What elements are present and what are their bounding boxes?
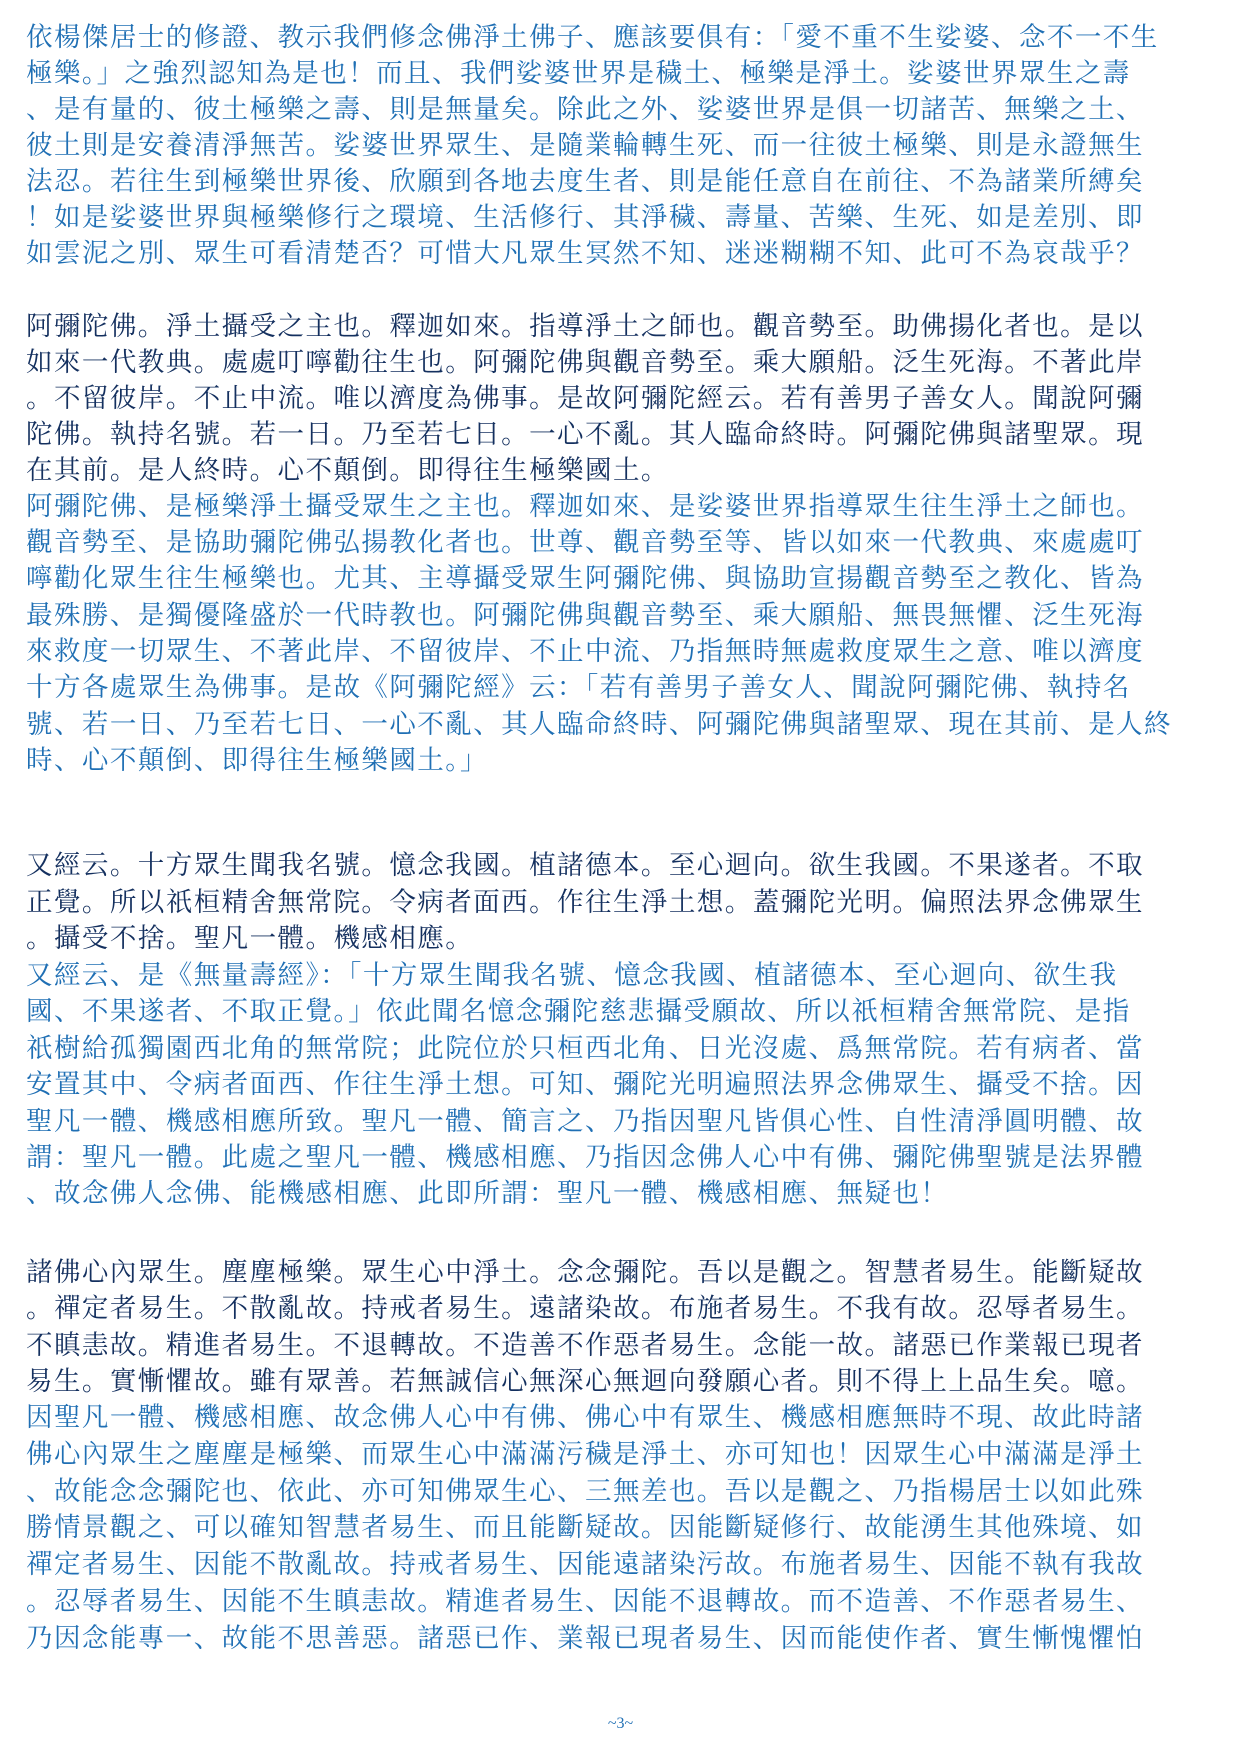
commentary-line: 又經云、是《無量壽經》：「十方眾生聞我名號、憶念我國、植諸德本、至心迴向、欲生我 — [26, 958, 1226, 994]
source-text-line: 正覺。所以祇桓精舍無常院。令病者面西。作往生淨土想。蓋彌陀光明。偏照法界念佛眾生 — [26, 885, 1226, 921]
commentary-line: 來救度一切眾生、不著此岸、不留彼岸、不止中流、乃指無時無處救度眾生之意、唯以濟度 — [26, 634, 1226, 670]
source-text-line: 在其前。是人終時。心不顛倒。即得往生極樂國土。 — [26, 453, 1226, 489]
commentary-line: 謂：聖凡一體。此處之聖凡一體、機感相應、乃指因念佛人心中有佛、彌陀佛聖號是法界體 — [26, 1140, 1226, 1176]
commentary-line: 彼土則是安養清淨無苦。娑婆世界眾生、是隨業輪轉生死、而一往彼土極樂、則是永證無生 — [26, 128, 1226, 164]
commentary-line: 依楊傑居士的修證、教示我們修念佛淨土佛子、應該要俱有：「愛不重不生娑婆、念不一不… — [26, 20, 1226, 56]
document-page: 依楊傑居士的修證、教示我們修念佛淨土佛子、應該要俱有：「愛不重不生娑婆、念不一不… — [0, 0, 1241, 1755]
commentary-line: 、故能念念彌陀也、依此、亦可知佛眾生心、三無差也。吾以是觀之、乃指楊居士以如此殊 — [26, 1474, 1226, 1510]
commentary-line: 聖凡一體、機感相應所致。聖凡一體、簡言之、乃指因聖凡皆俱心性、自性清淨圓明體、故 — [26, 1104, 1226, 1140]
source-text-line: 。不留彼岸。不止中流。唯以濟度為佛事。是故阿彌陀經云。若有善男子善女人。聞說阿彌 — [26, 381, 1226, 417]
commentary-line: 祇樹給孤獨園西北角的無常院；此院位於只桓西北角、日光沒處、爲無常院。若有病者、當 — [26, 1031, 1226, 1067]
commentary-line: 、故念佛人念佛、能機感相應、此即所謂：聖凡一體、機感相應、無疑也！ — [26, 1176, 1226, 1212]
source-text-line: 如來一代教典。處處叮嚀勸往生也。阿彌陀佛與觀音勢至。乘大願船。泛生死海。不著此岸 — [26, 345, 1226, 381]
source-text-line: 不瞋恚故。精進者易生。不退轉故。不造善不作惡者易生。念能一故。諸惡已作業報已現者 — [26, 1328, 1226, 1364]
commentary-line: 因聖凡一體、機感相應、故念佛人心中有佛、佛心中有眾生、機感相應無時不現、故此時諸 — [26, 1400, 1226, 1436]
commentary-line: 乃因念能專一、故能不思善惡。諸惡已作、業報已現者易生、因而能使作者、實生慚愧懼怕 — [26, 1621, 1226, 1657]
commentary-line: 安置其中、令病者面西、作往生淨土想。可知、彌陀光明遍照法界念佛眾生、攝受不捨。因 — [26, 1067, 1226, 1103]
commentary-line: 佛心內眾生之塵塵是極樂、而眾生心中滿滿污穢是淨土、亦可知也！因眾生心中滿滿是淨土 — [26, 1437, 1226, 1473]
commentary-line: 禪定者易生、因能不散亂故。持戒者易生、因能遠諸染污故。布施者易生、因能不執有我故 — [26, 1547, 1226, 1583]
commentary-line: 最殊勝、是獨優隆盛於一代時教也。阿彌陀佛與觀音勢至、乘大願船、無畏無懼、泛生死海 — [26, 598, 1226, 634]
commentary-line: 時、心不顛倒、即得往生極樂國土。」 — [26, 743, 1226, 779]
source-text-line: 諸佛心內眾生。塵塵極樂。眾生心中淨土。念念彌陀。吾以是觀之。智慧者易生。能斷疑故 — [26, 1255, 1226, 1291]
commentary-line: 國、不果遂者、不取正覺。」依此聞名憶念彌陀慈悲攝受願故、所以祇桓精舍無常院、是指 — [26, 994, 1226, 1030]
commentary-line: 觀音勢至、是協助彌陀佛弘揚教化者也。世尊、觀音勢至等、皆以如來一代教典、來處處叮 — [26, 525, 1226, 561]
commentary-line: 法忍。若往生到極樂世界後、欣願到各地去度生者、則是能任意自在前往、不為諸業所縛矣 — [26, 164, 1226, 200]
source-text-line: 。禪定者易生。不散亂故。持戒者易生。遠諸染故。布施者易生。不我有故。忍辱者易生。 — [26, 1291, 1226, 1327]
commentary-line: 、是有量的、彼土極樂之壽、則是無量矣。除此之外、娑婆世界是俱一切諸苦、無樂之土、 — [26, 92, 1226, 128]
commentary-line: 如雲泥之別、眾生可看清楚否？可惜大凡眾生冥然不知、迷迷糊糊不知、此可不為哀哉乎？ — [26, 236, 1226, 272]
commentary-line: 。忍辱者易生、因能不生瞋恚故。精進者易生、因能不退轉故。而不造善、不作惡者易生、 — [26, 1584, 1226, 1620]
source-text-line: 易生。實慚懼故。雖有眾善。若無誠信心無深心無迴向發願心者。則不得上上品生矣。噫。 — [26, 1364, 1226, 1400]
source-text-line: 阿彌陀佛。淨土攝受之主也。釋迦如來。指導淨土之師也。觀音勢至。助佛揚化者也。是以 — [26, 309, 1226, 345]
commentary-line: 嚀勸化眾生往生極樂也。尤其、主導攝受眾生阿彌陀佛、與協助宣揚觀音勢至之教化、皆為 — [26, 561, 1226, 597]
source-text-line: 。攝受不捨。聖凡一體。機感相應。 — [26, 921, 1226, 957]
commentary-line: 十方各處眾生為佛事。是故《阿彌陀經》云：「若有善男子善女人、聞說阿彌陀佛、執持名 — [26, 670, 1226, 706]
commentary-line: 號、若一日、乃至若七日、一心不亂、其人臨命終時、阿彌陀佛與諸聖眾、現在其前、是人… — [26, 707, 1226, 743]
commentary-line: ！如是娑婆世界與極樂修行之環境、生活修行、其淨穢、壽量、苦樂、生死、如是差別、即 — [26, 200, 1226, 236]
commentary-line: 極樂。」之強烈認知為是也！而且、我們娑婆世界是穢土、極樂是淨土。娑婆世界眾生之壽 — [26, 56, 1226, 92]
page-number: ~3~ — [0, 1714, 1241, 1734]
source-text-line: 陀佛。執持名號。若一日。乃至若七日。一心不亂。其人臨命終時。阿彌陀佛與諸聖眾。現 — [26, 417, 1226, 453]
commentary-line: 勝情景觀之、可以確知智慧者易生、而且能斷疑故。因能斷疑修行、故能湧生其他殊境、如 — [26, 1510, 1226, 1546]
source-text-line: 又經云。十方眾生聞我名號。憶念我國。植諸德本。至心迴向。欲生我國。不果遂者。不取 — [26, 848, 1226, 884]
commentary-line: 阿彌陀佛、是極樂淨土攝受眾生之主也。釋迦如來、是娑婆世界指導眾生往生淨土之師也。 — [26, 489, 1226, 525]
